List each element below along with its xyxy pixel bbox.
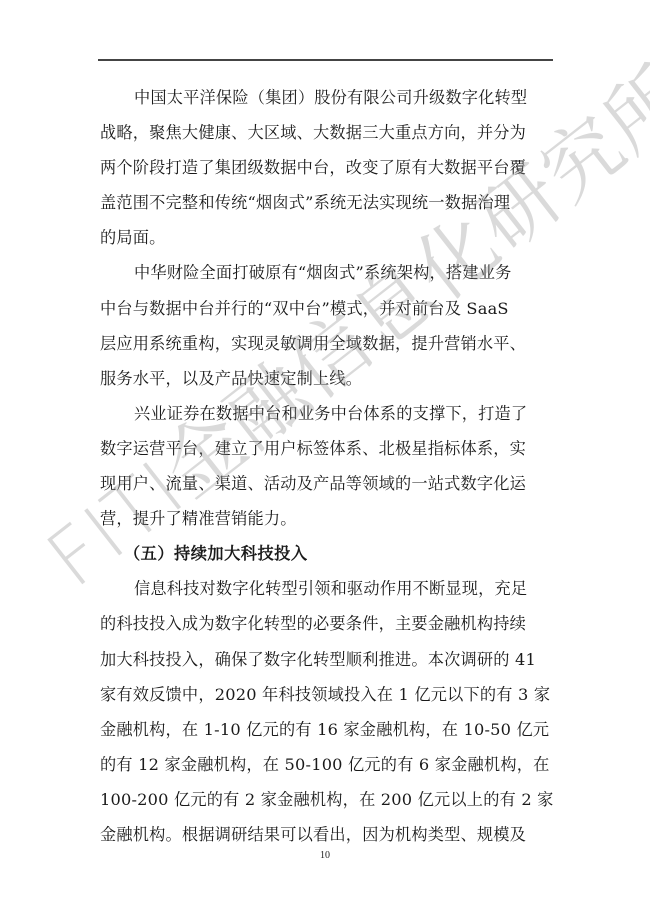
paragraph-line: 100-200 亿元的有 2 家金融机构，在 200 亿元以上的有 2 家 bbox=[100, 782, 554, 817]
page-number: 10 bbox=[0, 850, 650, 861]
paragraph-line: 家有效反馈中，2020 年科技领域投入在 1 亿元以下的有 3 家 bbox=[100, 677, 554, 712]
paragraph-line: 中国太平洋保险（集团）股份有限公司升级数字化转型 bbox=[100, 80, 554, 115]
paragraph-line: 盖范围不完整和传统“烟囱式”系统无法实现统一数据治理 bbox=[100, 185, 554, 220]
body-text: 中国太平洋保险（集团）股份有限公司升级数字化转型 战略，聚焦大健康、大区域、大数… bbox=[100, 80, 554, 852]
paragraph-line: 的科技投入成为数字化转型的必要条件，主要金融机构持续 bbox=[100, 606, 554, 641]
paragraph-line: 加大科技投入，确保了数字化转型顺利推进。本次调研的 41 bbox=[100, 642, 554, 677]
paragraph-line: 服务水平，以及产品快速定制上线。 bbox=[100, 361, 554, 396]
section-heading: （五）持续加大科技投入 bbox=[100, 536, 554, 571]
paragraph-line: 金融机构。根据调研结果可以看出，因为机构类型、规模及 bbox=[100, 817, 554, 852]
header-rule bbox=[98, 59, 553, 61]
paragraph-line: 数字运营平台，建立了用户标签体系、北极星指标体系，实 bbox=[100, 431, 554, 466]
paragraph-line: 中华财险全面打破原有“烟囱式”系统架构，搭建业务 bbox=[100, 255, 554, 290]
paragraph-line: 现用户、流量、渠道、活动及产品等领域的一站式数字化运 bbox=[100, 466, 554, 501]
paragraph-line: 层应用系统重构，实现灵敏调用全域数据，提升营销水平、 bbox=[100, 326, 554, 361]
paragraph-line: 营，提升了精准营销能力。 bbox=[100, 501, 554, 536]
paragraph-line: 两个阶段打造了集团级数据中台，改变了原有大数据平台覆 bbox=[100, 150, 554, 185]
paragraph-line: 兴业证券在数据中台和业务中台体系的支撑下，打造了 bbox=[100, 396, 554, 431]
document-page: 中国太平洋保险（集团）股份有限公司升级数字化转型 战略，聚焦大健康、大区域、大数… bbox=[0, 0, 650, 919]
paragraph-line: 的有 12 家金融机构，在 50-100 亿元的有 6 家金融机构，在 bbox=[100, 747, 554, 782]
paragraph-line: 中台与数据中台并行的“双中台”模式，并对前台及 SaaS bbox=[100, 291, 554, 326]
paragraph-line: 金融机构，在 1-10 亿元的有 16 家金融机构，在 10-50 亿元 bbox=[100, 712, 554, 747]
paragraph-line: 信息科技对数字化转型引领和驱动作用不断显现，充足 bbox=[100, 571, 554, 606]
paragraph-line: 的局面。 bbox=[100, 220, 554, 255]
paragraph-line: 战略，聚焦大健康、大区域、大数据三大重点方向，并分为 bbox=[100, 115, 554, 150]
